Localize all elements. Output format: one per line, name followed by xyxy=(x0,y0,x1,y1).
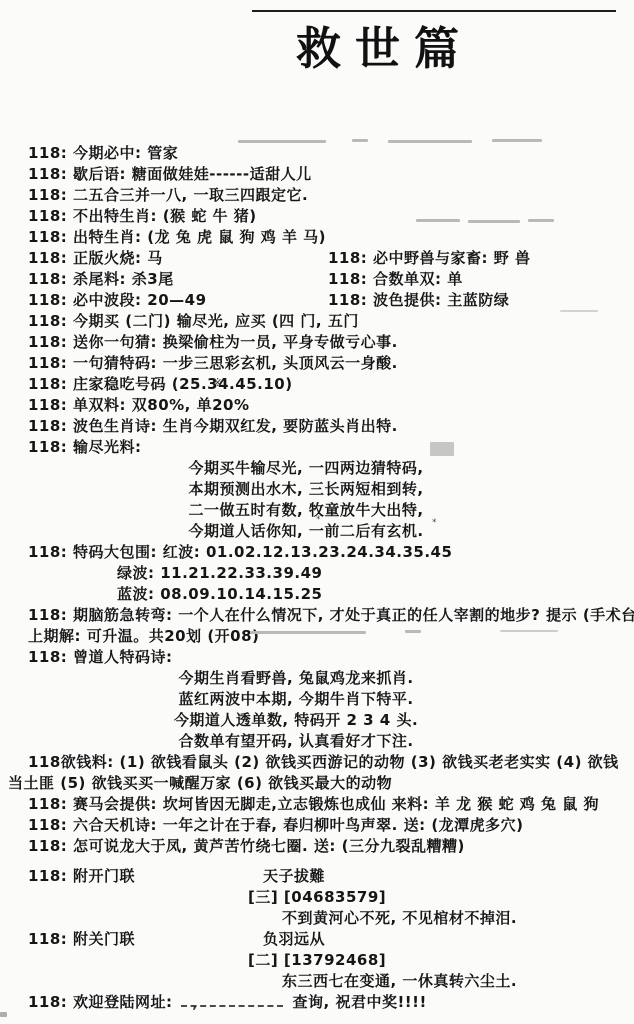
doc-line: 118: 不出特生肖: (猴 蛇 牛 猪) xyxy=(28,206,628,227)
header-rule xyxy=(252,10,616,12)
scan-smudge xyxy=(0,1012,7,1017)
line-text-left: 118: 杀尾料: 杀3尾 xyxy=(28,269,328,290)
scan-smudge xyxy=(250,631,366,634)
doc-line: 今期生肖看野兽, 兔鼠鸡龙来抓肖. xyxy=(28,668,564,689)
doc-line: 118: 六合天机诗: 一年之计在于春, 春归柳叶鸟声翠. 送: (龙潭虎多穴) xyxy=(28,815,628,836)
doc-line: 蓝红两波中本期, 今期牛肖下特平. xyxy=(28,689,564,710)
scan-smudge xyxy=(468,220,520,223)
scan-smudge xyxy=(416,219,460,222)
doc-line: 118: 赛马会提供: 坎坷皆因无脚走,立志锻炼也成仙 来料: 羊 龙 猴 蛇 … xyxy=(28,794,628,815)
doc-line: 118欲钱料: (1) 欲钱看鼠头 (2) 欲钱买西游记的动物 (3) 欲钱买老… xyxy=(8,752,628,794)
asterisk-mark-icon: ⁎ xyxy=(432,515,437,526)
doc-line: 118: 特码大包围: 红波: 01.02.12.13.23.24.34.35.… xyxy=(28,542,628,563)
line-text-right: 天子拔難 xyxy=(263,867,325,885)
asterisk-mark-icon: ※ xyxy=(213,377,222,388)
link-suffix: 查询, 祝君中奖!!!! xyxy=(293,993,427,1011)
line-text-left: 118: 附开门联 xyxy=(28,866,263,887)
doc-line: 118: 送你一句猜: 换梁偷柱为一员, 平身专做亏心事. xyxy=(28,332,628,353)
line-text-left: 118: 附关门联 xyxy=(28,929,263,950)
doc-line: 蓝波: 08.09.10.14.15.25 xyxy=(117,584,628,605)
scan-smudge xyxy=(238,140,326,143)
line-text-right: 118: 波色提供: 主蓝防绿 xyxy=(328,291,509,309)
doc-line: 118: 单双料: 双80%, 单20% xyxy=(28,395,628,416)
doc-line: 绿波: 11.21.22.33.39.49 xyxy=(117,563,628,584)
doc-line: 118: 杀尾料: 杀3尾118: 合数单双: 单 xyxy=(28,269,628,290)
scan-smudge xyxy=(405,630,421,633)
doc-line: 118: 附开门联天子拔難 xyxy=(28,866,628,887)
scan-smudge xyxy=(500,630,558,632)
doc-line: 118: 出特生肖: (龙 兔 虎 鼠 狗 鸡 羊 马) xyxy=(28,227,628,248)
doc-line: 今期买牛输尽光, 一四两边猜特码, xyxy=(28,458,584,479)
doc-line: [三] [04683579] xyxy=(248,887,628,908)
link-prefix: 118: 欢迎登陆网址: xyxy=(28,993,173,1011)
line-text-left: 118: 正版火烧: 马 xyxy=(28,248,328,269)
scan-smudge xyxy=(528,219,554,222)
doc-line: 东三西七在变通, 一休真转六尘土. xyxy=(282,971,628,992)
scan-smudge xyxy=(352,139,368,142)
doc-line: 二一做五时有数, 牧童放牛大出特, xyxy=(28,500,584,521)
doc-line: 118: 输尽光料: xyxy=(28,437,628,458)
line-text-right: 118: 合数单双: 单 xyxy=(328,270,463,288)
doc-line: 合数单有望开码, 认真看好才下注. xyxy=(28,731,564,752)
line-text-right: 118: 必中野兽与家畜: 野 兽 xyxy=(328,249,530,267)
doc-line: 118: 今期必中: 管家 xyxy=(28,143,628,164)
doc-line: 118: 今期买 (二门) 输尽光, 应买 (四 门, 五门 xyxy=(28,311,628,332)
doc-line: 不到黄河心不死, 不见棺材不掉泪. xyxy=(282,908,628,929)
line-text-left: 118: 必中波段: 20—49 xyxy=(28,290,328,311)
scan-smudge xyxy=(560,310,598,312)
doc-line: 今期道人透单数, 特码开 2 3 4 头. xyxy=(28,710,564,731)
doc-line: 118: 附关门联负羽远从 xyxy=(28,929,628,950)
page-title: 救世篇 xyxy=(296,24,473,74)
line-text-right: 负羽远从 xyxy=(263,930,325,948)
url-blank: , xyxy=(181,992,283,1007)
doc-line: 118: 曾道人特码诗: xyxy=(28,647,628,668)
doc-line: 118: 波色生肖诗: 生肖今期双红发, 要防蓝头肖出特. xyxy=(28,416,628,437)
doc-line: [二] [13792468] xyxy=(248,950,628,971)
doc-body: 118: 今期必中: 管家118: 歇后语: 糖面做娃娃------适甜人儿11… xyxy=(28,143,628,1013)
document-page: 救世篇 118: 今期必中: 管家118: 歇后语: 糖面做娃娃------适甜… xyxy=(0,0,634,1024)
scan-smudge xyxy=(430,442,454,456)
doc-line: 今期道人话你知, 一前二后有玄机. xyxy=(28,521,584,542)
doc-line: 118: 怎可说龙大于凤, 黄芦苦竹绕七圈. 送: (三分九裂乱糟糟) xyxy=(28,836,628,857)
doc-line: 118: 歇后语: 糖面做娃娃------适甜人儿 xyxy=(28,164,628,185)
doc-line: 本期预测出水木, 三长两短相到转, xyxy=(28,479,584,500)
doc-line: 118: 欢迎登陆网址:,查询, 祝君中奖!!!! xyxy=(28,992,628,1013)
asterisk-mark-icon: ⁎ xyxy=(316,512,321,523)
doc-line: 118: 二五合三并一八, 一取三四跟定它. xyxy=(28,185,628,206)
scan-smudge xyxy=(492,139,542,142)
blank-comma-mark: , xyxy=(193,994,198,1015)
doc-line: 118: 必中波段: 20—49118: 波色提供: 主蓝防绿 xyxy=(28,290,628,311)
scan-smudge xyxy=(388,140,472,143)
doc-line: 118: 庄家稳吃号码 (25.34.45.10) xyxy=(28,374,628,395)
doc-line: 118: 一句猜特码: 一步三思彩玄机, 头顶风云一身酸. xyxy=(28,353,628,374)
doc-line: 118: 正版火烧: 马118: 必中野兽与家畜: 野 兽 xyxy=(28,248,628,269)
doc-line: 118: 期脑筋急转弯: 一个人在什么情况下, 才处于真正的任人宰割的地步? 提… xyxy=(28,605,628,626)
